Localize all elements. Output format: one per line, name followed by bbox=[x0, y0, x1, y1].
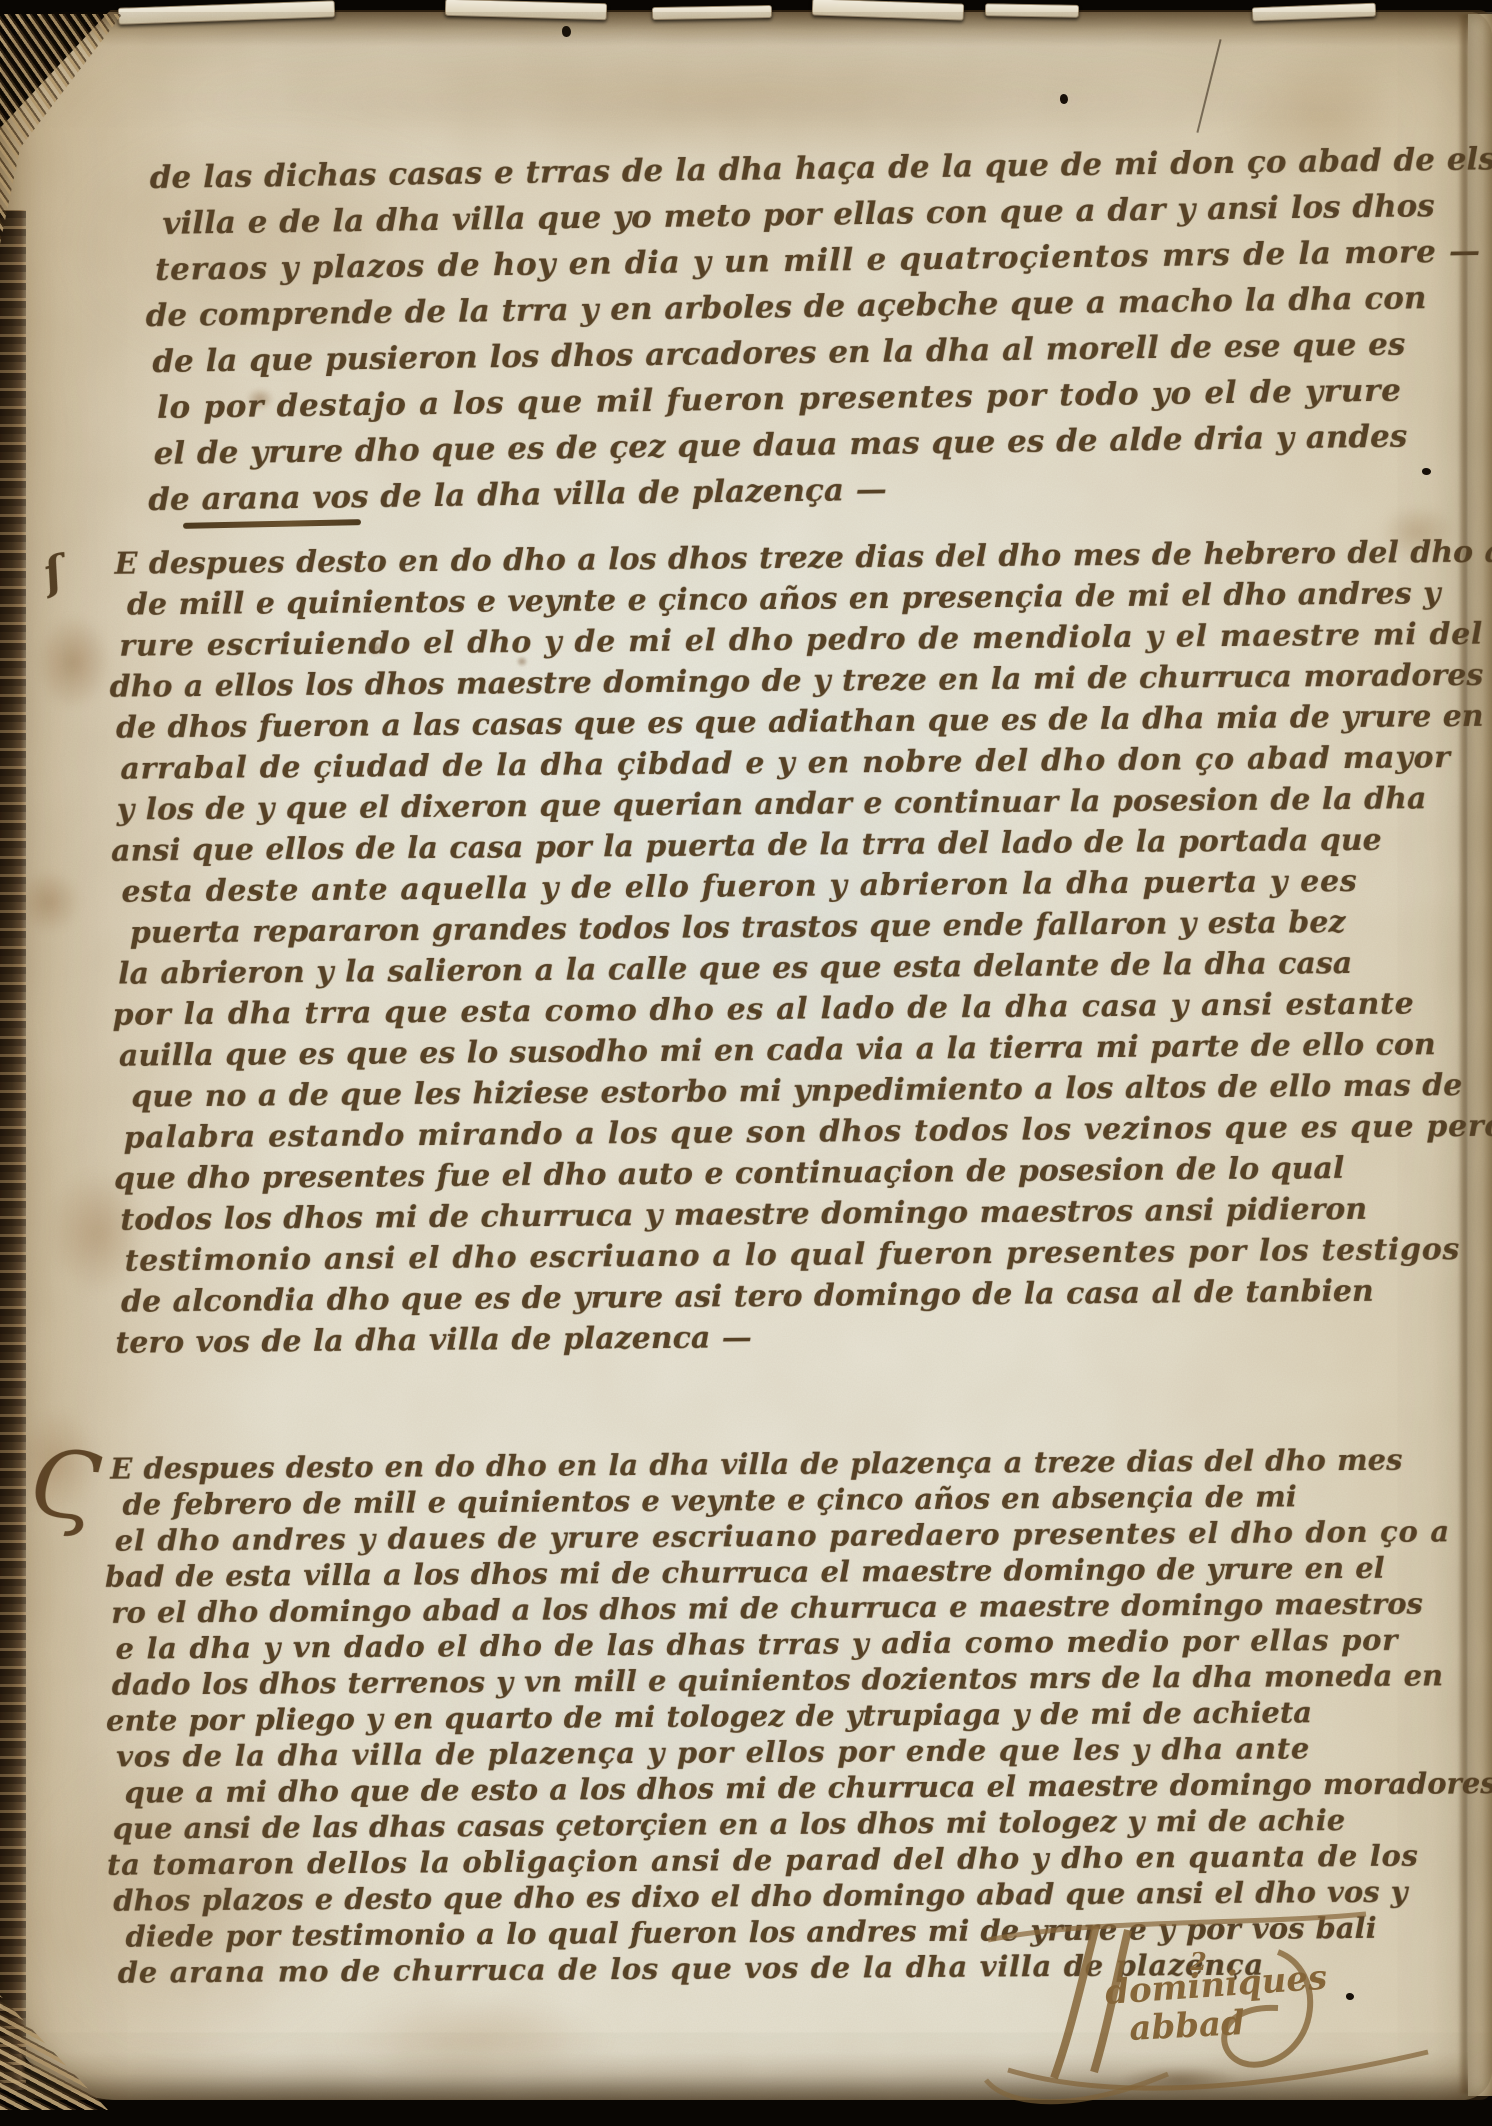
paper-texture bbox=[0, 0, 1492, 2126]
